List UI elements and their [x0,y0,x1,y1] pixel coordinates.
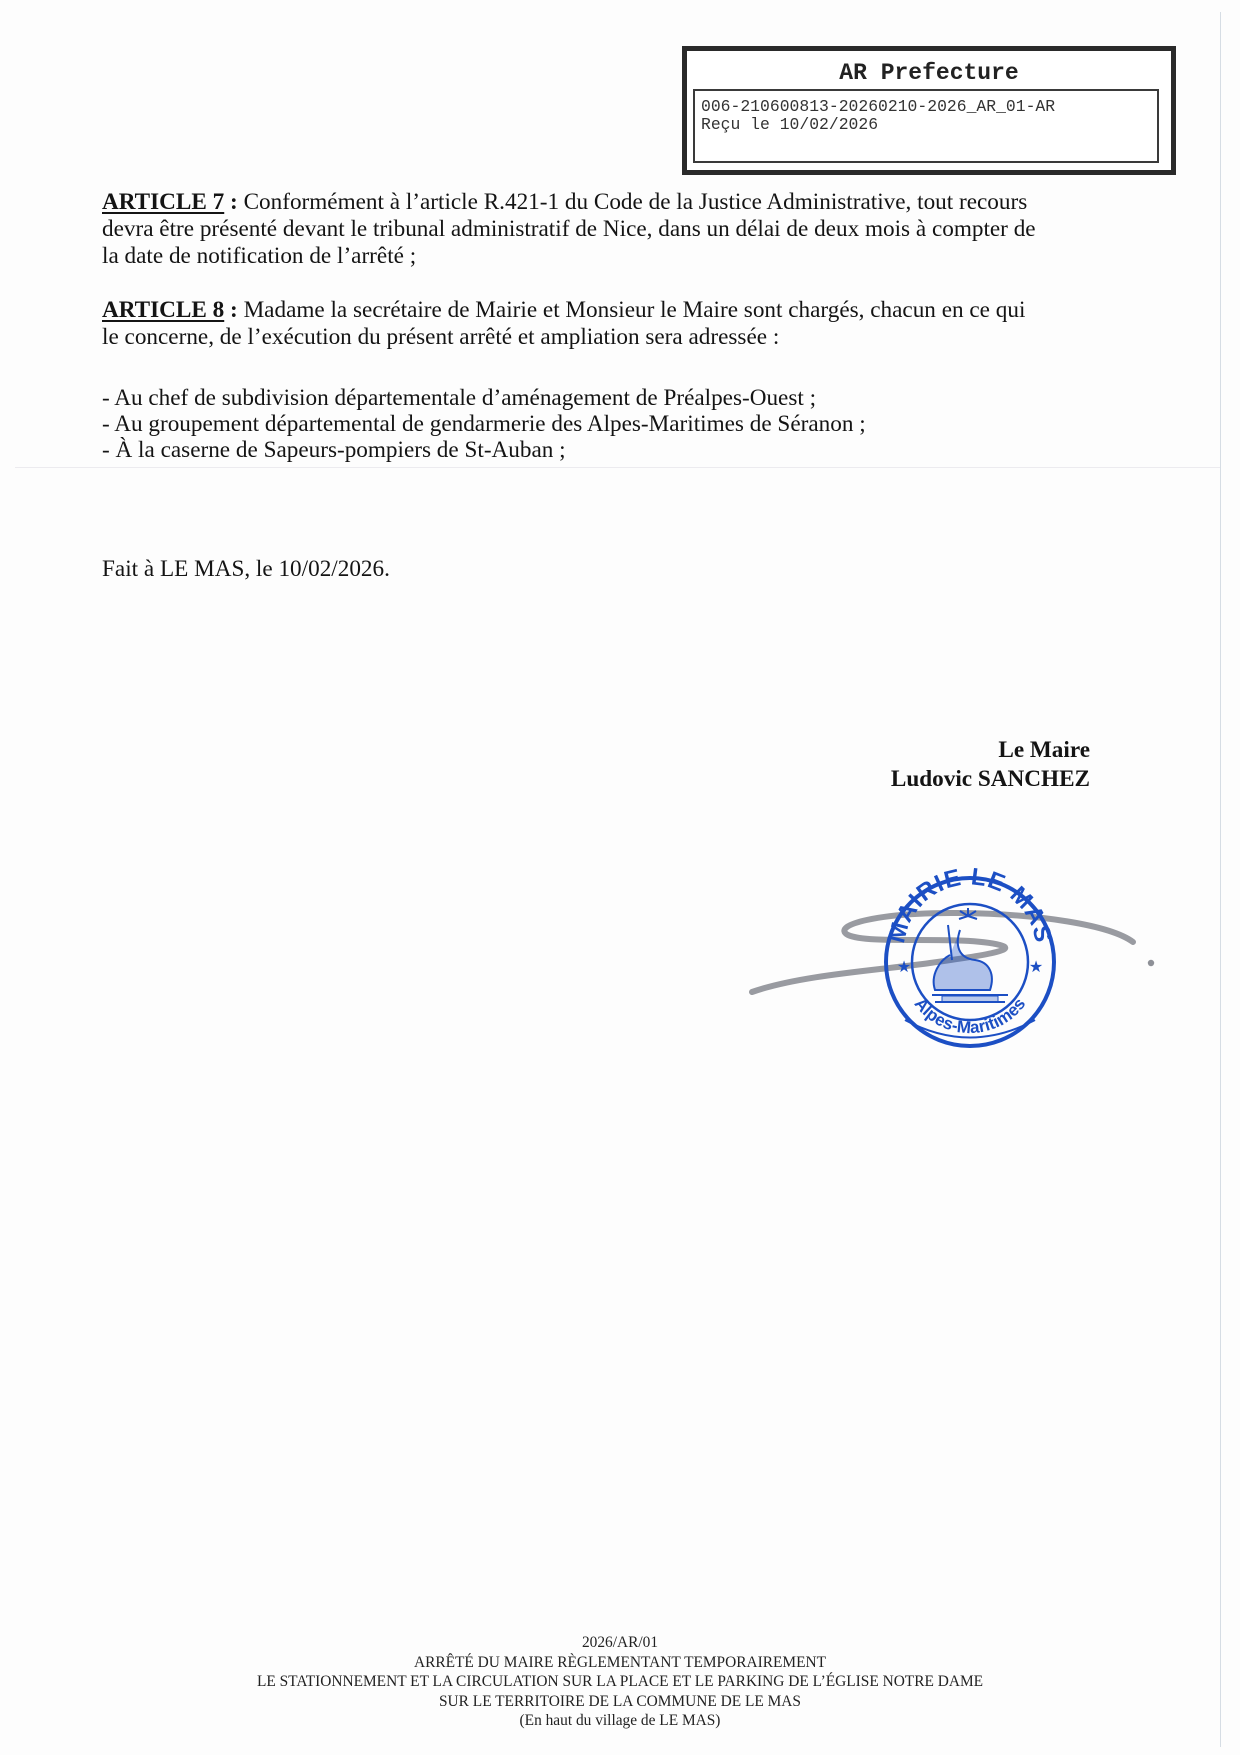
star-icon: ★ [1029,959,1043,976]
recipient-item: - Au chef de subdivision départementale … [102,385,866,411]
star-icon: ★ [897,959,911,976]
footer-title-line: SUR LE TERRITOIRE DE LA COMMUNE DE LE MA… [0,1692,1240,1712]
article-7-line-2: devra être présenté devant le tribunal a… [102,216,1094,243]
article-8-label: ARTICLE 8 : [102,297,244,323]
mairie-seal: MAIRIE LE MAS Alpes-Maritimes ★ ★ [883,863,1057,1046]
article-8-line-1: Madame la secrétaire de Mairie et Monsie… [244,297,1026,323]
footer-location: (En haut du village de LE MAS) [0,1711,1240,1731]
footer-title-line: LE STATIONNEMENT ET LA CIRCULATION SUR L… [0,1672,1240,1692]
footer-title-line: ARRÊTÉ DU MAIRE RÈGLEMENTANT TEMPORAIREM… [0,1653,1240,1673]
article-7: ARTICLE 7 : Conformément à l’article R.4… [102,189,1094,270]
ar-received-date: Reçu le 10/02/2026 [701,116,878,134]
seal-top-text: MAIRIE LE MAS [883,863,1057,945]
article-8: ARTICLE 8 : Madame la secrétaire de Mair… [102,297,1094,351]
ar-reference: 006-210600813-20260210-2026_AR_01-AR [701,98,1055,116]
place-and-date: Fait à LE MAS, le 10/02/2026. [102,556,390,583]
marianne-figure-icon [932,908,1008,1002]
article-8-line-2: le concerne, de l’exécution du présent a… [102,324,1094,351]
document-footer: 2026/AR/01 ARRÊTÉ DU MAIRE RÈGLEMENTANT … [0,1633,1240,1731]
signatory-name: Ludovic SANCHEZ [891,765,1090,794]
footer-reference: 2026/AR/01 [0,1633,1240,1653]
handwritten-signature [752,913,1154,992]
article-7-line-1: Conformément à l’article R.421-1 du Code… [244,189,1028,215]
signatory-role: Le Maire [891,736,1090,765]
signatory-block: Le Maire Ludovic SANCHEZ [891,736,1090,794]
recipient-item: - À la caserne de Sapeurs-pompiers de St… [102,437,866,463]
ar-title: AR Prefecture [687,60,1171,86]
scan-artifact-line [15,467,1220,468]
article-7-label: ARTICLE 7 : [102,189,244,215]
recipient-item: - Au groupement départemental de gendarm… [102,411,866,437]
seal-bottom-text: Alpes-Maritimes [911,994,1030,1037]
signature-dot [1148,960,1154,966]
recipients-list: - Au chef de subdivision départementale … [102,385,866,463]
ar-prefecture-stamp: AR Prefecture 006-210600813-20260210-202… [682,46,1176,175]
ar-details-box: 006-210600813-20260210-2026_AR_01-AR Reç… [693,89,1159,163]
page-edge-line [1220,12,1221,1747]
article-7-line-3: la date de notification de l’arrêté ; [102,243,1094,270]
